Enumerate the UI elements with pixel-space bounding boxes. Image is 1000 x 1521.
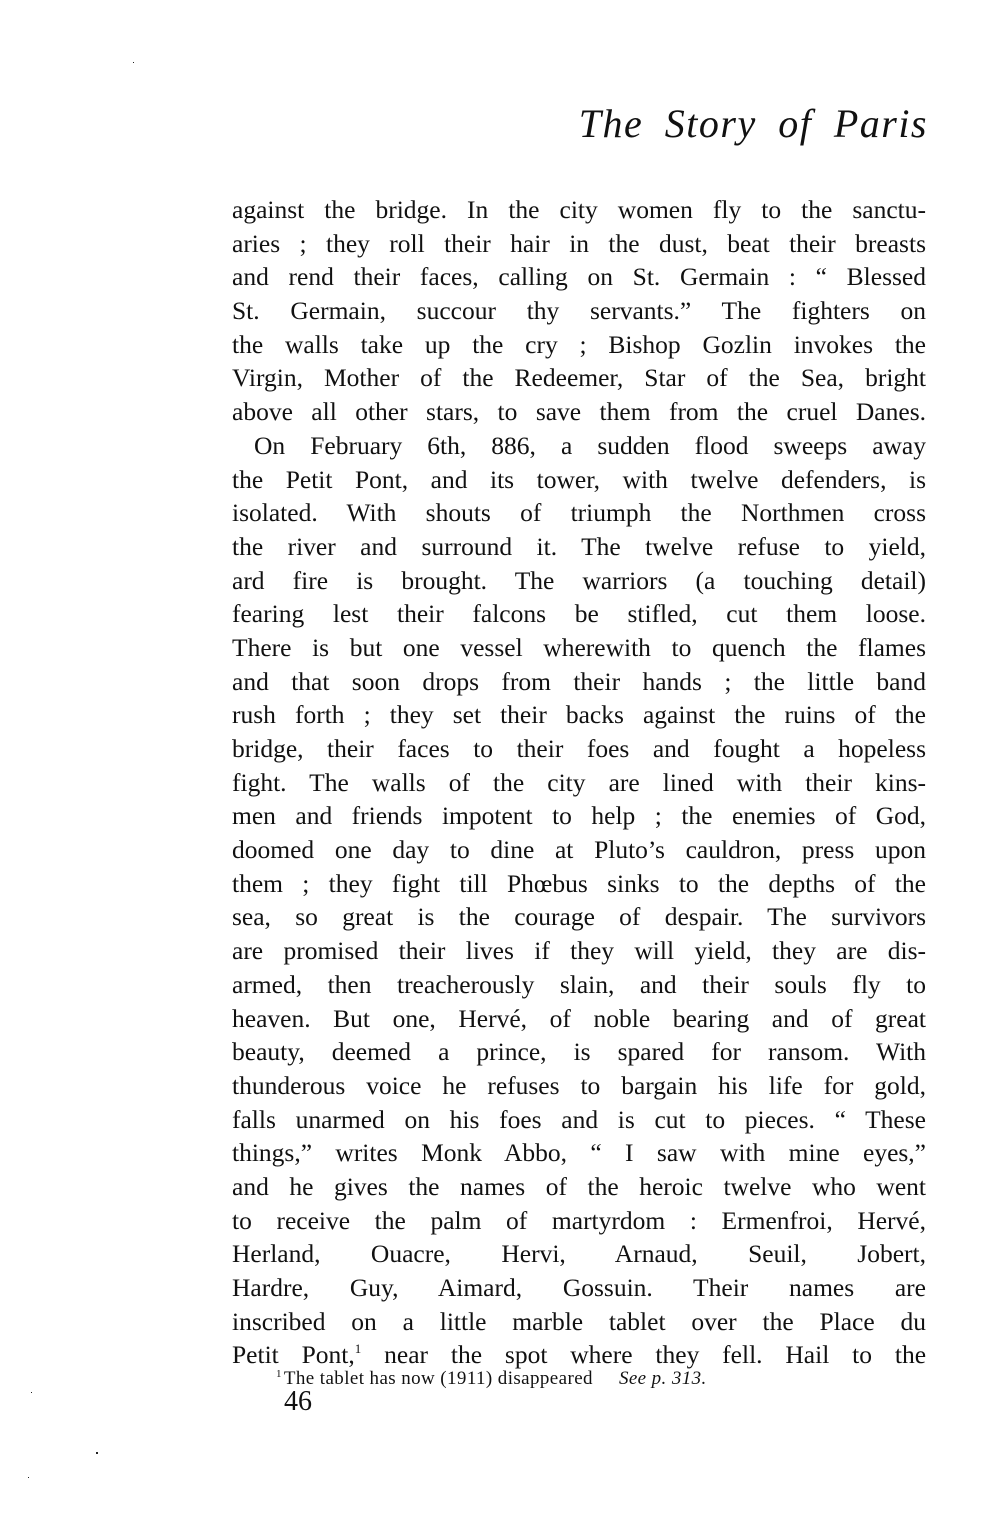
text-line: above all other stars, to save them from… xyxy=(232,395,926,429)
text-line: the river and surround it. The twelve re… xyxy=(232,530,926,564)
text-line: and he gives the names of the heroic twe… xyxy=(232,1170,926,1204)
footnote-text: The tablet has now (1911) disappeared xyxy=(284,1368,593,1389)
text-line: isolated. With shouts of triumph the Nor… xyxy=(232,496,926,530)
text-line: thunderous voice he refuses to bargain h… xyxy=(232,1069,926,1103)
text-line: aries ; they roll their hair in the dust… xyxy=(232,227,926,261)
text-line: against the bridge. In the city women fl… xyxy=(232,193,926,227)
text-line: and that soon drops from their hands ; t… xyxy=(232,665,926,699)
text-line: the Petit Pont, and its tower, with twel… xyxy=(232,463,926,497)
text-line: sea, so great is the courage of despair.… xyxy=(232,900,926,934)
text-line: Herland, Ouacre, Hervi, Arnaud, Seuil, J… xyxy=(232,1237,926,1271)
text-line: Hardre, Guy, Aimard, Gossuin. Their name… xyxy=(232,1271,926,1305)
body-text: against the bridge. In the city women fl… xyxy=(232,193,926,1372)
footnote: 1The tablet has now (1911) disappearedSe… xyxy=(276,1362,707,1391)
footnote-cross-reference[interactable]: See p. 313. xyxy=(619,1368,707,1389)
scan-speck xyxy=(96,1452,98,1454)
scan-speck xyxy=(133,62,134,63)
text-line: to receive the palm of martyrdom : Ermen… xyxy=(232,1204,926,1238)
text-line: things,” writes Monk Abbo, “ I saw with … xyxy=(232,1136,926,1170)
text-line: them ; they fight till Phœbus sinks to t… xyxy=(232,867,926,901)
text-line: fight. The walls of the city are lined w… xyxy=(232,766,926,800)
text-line: bridge, their faces to their foes and fo… xyxy=(232,732,926,766)
text-line: fearing lest their falcons be stifled, c… xyxy=(232,597,926,631)
text-line: inscribed on a little marble tablet over… xyxy=(232,1305,926,1339)
footnote-marker: 1 xyxy=(276,1368,282,1380)
text-line: beauty, deemed a prince, is spared for r… xyxy=(232,1035,926,1069)
running-head: The Story of Paris xyxy=(579,100,928,148)
text-line: are promised their lives if they will yi… xyxy=(232,934,926,968)
text-line: Virgin, Mother of the Redeemer, Star of … xyxy=(232,361,926,395)
footnote-reference[interactable]: 1 xyxy=(355,1341,362,1356)
text-line: ard fire is brought. The warriors (a tou… xyxy=(232,564,926,598)
scan-speck xyxy=(31,1392,32,1393)
text-line: rush forth ; they set their backs agains… xyxy=(232,698,926,732)
text-line: and rend their faces, calling on St. Ger… xyxy=(232,260,926,294)
text-line: men and friends impotent to help ; the e… xyxy=(232,799,926,833)
paragraph-start-line: On February 6th, 886, a sudden flood swe… xyxy=(232,429,926,463)
text-line: There is but one vessel wherewith to que… xyxy=(232,631,926,665)
text-line: heaven. But one, Hervé, of noble bearing… xyxy=(232,1002,926,1036)
text-line: St. Germain, succour thy servants.” The … xyxy=(232,294,926,328)
page-number: 46 xyxy=(284,1385,312,1419)
text-line: falls unarmed on his foes and is cut to … xyxy=(232,1103,926,1137)
text-line: the walls take up the cry ; Bishop Gozli… xyxy=(232,328,926,362)
text-line: doomed one day to dine at Pluto’s cauldr… xyxy=(232,833,926,867)
text-line: armed, then treacherously slain, and the… xyxy=(232,968,926,1002)
scan-speck xyxy=(28,1477,29,1478)
